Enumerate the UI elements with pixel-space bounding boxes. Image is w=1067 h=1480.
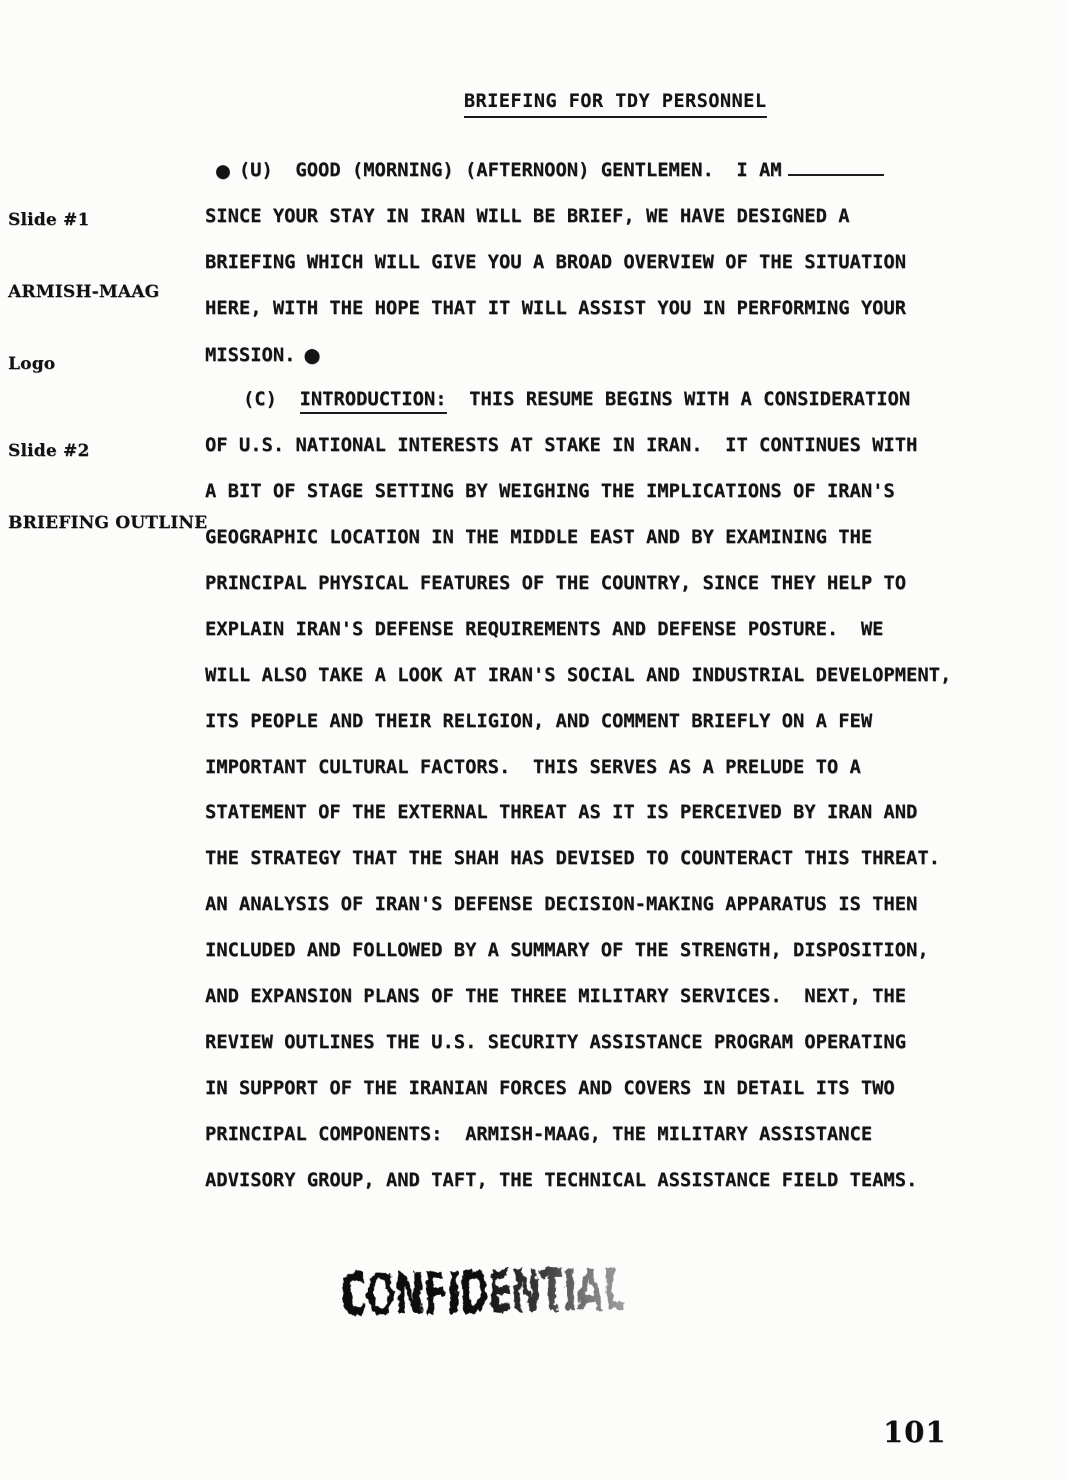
line-text: WILL ALSO TAKE A LOOK AT IRAN'S SOCIAL A… <box>205 665 951 686</box>
body-line: INCLUDED AND FOLLOWED BY A SUMMARY OF TH… <box>205 928 1005 974</box>
body-line: AND EXPANSION PLANS OF THE THREE MILITAR… <box>205 974 1005 1020</box>
margin-note-slide1-line1: Slide #1 <box>8 208 159 232</box>
margin-note-slide1: Slide #1 ARMISH-MAAG Logo <box>8 160 159 424</box>
underlined-heading: INTRODUCTION: <box>300 389 447 414</box>
start-bullet-icon: ● <box>216 149 230 195</box>
line-text: HERE, WITH THE HOPE THAT IT WILL ASSIST … <box>205 298 906 319</box>
body-line: IMPORTANT CULTURAL FACTORS. THIS SERVES … <box>205 745 1005 791</box>
margin-note-slide2-line1: Slide #2 <box>8 439 207 463</box>
body-line: ●(U) GOOD (MORNING) (AFTERNOON) GENTLEME… <box>205 148 1005 194</box>
confidential-stamp-graphic: CONFIDENTIAL <box>332 1241 634 1343</box>
line-text: THIS RESUME BEGINS WITH A CONSIDERATION <box>447 389 911 410</box>
margin-note-slide2: Slide #2 BRIEFING OUTLINE <box>8 391 207 583</box>
classification-label: (C) <box>243 389 300 410</box>
body-line: WILL ALSO TAKE A LOOK AT IRAN'S SOCIAL A… <box>205 653 1005 699</box>
body-line: REVIEW OUTLINES THE U.S. SECURITY ASSIST… <box>205 1020 1005 1066</box>
line-text: PRINCIPAL COMPONENTS: ARMISH-MAAG, THE M… <box>205 1124 872 1145</box>
end-bullet-icon: ● <box>304 332 319 378</box>
body-line: AN ANALYSIS OF IRAN'S DEFENSE DECISION-M… <box>205 882 1005 928</box>
body-line: ITS PEOPLE AND THEIR RELIGION, AND COMME… <box>205 699 1005 745</box>
body-line: SINCE YOUR STAY IN IRAN WILL BE BRIEF, W… <box>205 194 1005 240</box>
body-text: ●(U) GOOD (MORNING) (AFTERNOON) GENTLEME… <box>205 148 1005 1203</box>
line-text: SINCE YOUR STAY IN IRAN WILL BE BRIEF, W… <box>205 206 850 227</box>
line-text: ITS PEOPLE AND THEIR RELIGION, AND COMME… <box>205 711 872 732</box>
line-text: GEOGRAPHIC LOCATION IN THE MIDDLE EAST A… <box>205 527 872 548</box>
body-line: ADVISORY GROUP, AND TAFT, THE TECHNICAL … <box>205 1158 1005 1204</box>
line-text: IMPORTANT CULTURAL FACTORS. THIS SERVES … <box>205 757 861 778</box>
body-line: IN SUPPORT OF THE IRANIAN FORCES AND COV… <box>205 1066 1005 1112</box>
body-line: GEOGRAPHIC LOCATION IN THE MIDDLE EAST A… <box>205 515 1005 561</box>
line-text: AND EXPANSION PLANS OF THE THREE MILITAR… <box>205 986 906 1007</box>
line-text: MISSION. <box>205 345 295 366</box>
confidential-stamp: CONFIDENTIAL <box>332 1241 634 1343</box>
body-line: PRINCIPAL COMPONENTS: ARMISH-MAAG, THE M… <box>205 1112 1005 1158</box>
body-line: OF U.S. NATIONAL INTERESTS AT STAKE IN I… <box>205 423 1005 469</box>
line-text: BRIEFING WHICH WILL GIVE YOU A BROAD OVE… <box>205 252 906 273</box>
line-text: PRINCIPAL PHYSICAL FEATURES OF THE COUNT… <box>205 573 906 594</box>
line-text: STATEMENT OF THE EXTERNAL THREAT AS IT I… <box>205 802 917 823</box>
line-text: OF U.S. NATIONAL INTERESTS AT STAKE IN I… <box>205 435 917 456</box>
body-line: A BIT OF STAGE SETTING BY WEIGHING THE I… <box>205 469 1005 515</box>
body-line: HERE, WITH THE HOPE THAT IT WILL ASSIST … <box>205 286 1005 332</box>
body-line: (C) INTRODUCTION: THIS RESUME BEGINS WIT… <box>205 377 1005 423</box>
line-text: (U) GOOD (MORNING) (AFTERNOON) GENTLEMEN… <box>239 160 782 181</box>
line-text: THE STRATEGY THAT THE SHAH HAS DEVISED T… <box>205 848 940 869</box>
body-line: STATEMENT OF THE EXTERNAL THREAT AS IT I… <box>205 790 1005 836</box>
body-line: THE STRATEGY THAT THE SHAH HAS DEVISED T… <box>205 836 1005 882</box>
line-text: REVIEW OUTLINES THE U.S. SECURITY ASSIST… <box>205 1032 906 1053</box>
line-text: INCLUDED AND FOLLOWED BY A SUMMARY OF TH… <box>205 940 929 961</box>
document-page: BRIEFING FOR TDY PERSONNEL Slide #1 ARMI… <box>0 0 1067 1480</box>
line-text: ADVISORY GROUP, AND TAFT, THE TECHNICAL … <box>205 1170 917 1191</box>
fill-in-blank <box>788 155 884 176</box>
line-text: IN SUPPORT OF THE IRANIAN FORCES AND COV… <box>205 1078 895 1099</box>
page-number: 101 <box>883 1415 947 1449</box>
margin-note-slide1-line3: Logo <box>8 352 159 376</box>
body-line: EXPLAIN IRAN'S DEFENSE REQUIREMENTS AND … <box>205 607 1005 653</box>
margin-note-slide2-line2: BRIEFING OUTLINE <box>8 511 207 535</box>
stamp-text: CONFIDENTIAL <box>340 1255 625 1329</box>
line-text: EXPLAIN IRAN'S DEFENSE REQUIREMENTS AND … <box>205 619 883 640</box>
body-line: PRINCIPAL PHYSICAL FEATURES OF THE COUNT… <box>205 561 1005 607</box>
page-title: BRIEFING FOR TDY PERSONNEL <box>464 91 767 118</box>
line-text: A BIT OF STAGE SETTING BY WEIGHING THE I… <box>205 481 895 502</box>
line-text: AN ANALYSIS OF IRAN'S DEFENSE DECISION-M… <box>205 894 917 915</box>
body-line: MISSION.● <box>205 332 1005 378</box>
body-line: BRIEFING WHICH WILL GIVE YOU A BROAD OVE… <box>205 240 1005 286</box>
margin-note-slide1-line2: ARMISH-MAAG <box>8 280 159 304</box>
